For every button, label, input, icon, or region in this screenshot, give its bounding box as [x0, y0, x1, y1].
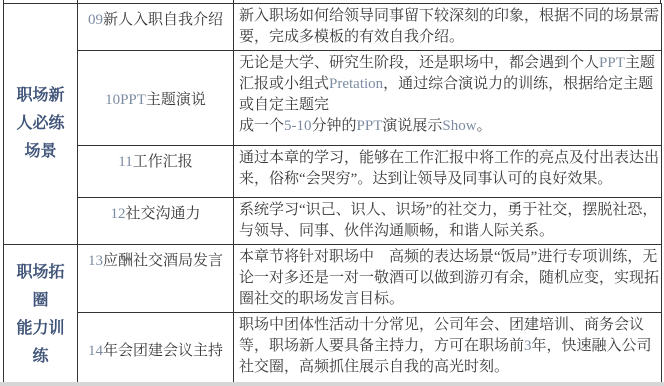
- table-row: 职场新 人必练 场景 09新人入职自我介绍 新入职场如何给领导同事留下较深刻的印…: [4, 4, 662, 51]
- lesson-cell-09: 09新人入职自我介绍: [78, 4, 234, 51]
- table-row: 11工作汇报 通过本章的学习，能够在工作汇报中将工作的亮点及付出表达出来，俗称“…: [4, 146, 662, 198]
- description-cell-09: 新入职场如何给领导同事留下较深刻的印象，根据不同的场景需要，完成多模板的有效自我…: [234, 4, 662, 51]
- course-outline-table: 职场新 人必练 场景 09新人入职自我介绍 新入职场如何给领导同事留下较深刻的印…: [3, 3, 662, 386]
- table-row: 14年会团建会议主持 职场中团体性活动十分常见，公司年会、团建培训、商务会议等，…: [4, 313, 662, 386]
- description-cell-11: 通过本章的学习，能够在工作汇报中将工作的亮点及付出表达出来，俗称“会哭穷”。达到…: [234, 146, 662, 198]
- category-cell-newcomer-scenes: 职场新 人必练 场景: [4, 4, 78, 245]
- category-cell-circle-expanding: 职场拓 圈 能力训 练: [4, 245, 78, 386]
- description-cell-10: 无论是大学、研究生阶段，还是职场中，都会遇到个人PPT主题汇报或小组式Preta…: [234, 51, 662, 146]
- lesson-cell-10: 10PPT主题演说: [78, 51, 234, 146]
- table-row: 职场拓 圈 能力训 练 13应酬社交酒局发言 本章节将针对职场中 高频的表达场景…: [4, 245, 662, 313]
- page-edge-strip: [0, 382, 664, 386]
- description-cell-13: 本章节将针对职场中 高频的表达场景“饭局”进行专项训练，无论一对多还是一对一敬酒…: [234, 245, 662, 313]
- table-row: 12社交沟通力 系统学习“识己、识人、识场”的社交力，勇于社交，摆脱社恐，与领导…: [4, 198, 662, 245]
- lesson-cell-12: 12社交沟通力: [78, 198, 234, 245]
- lesson-cell-13: 13应酬社交酒局发言: [78, 245, 234, 313]
- lesson-cell-14: 14年会团建会议主持: [78, 313, 234, 386]
- course-outline-table-wrap: 职场新 人必练 场景 09新人入职自我介绍 新入职场如何给领导同事留下较深刻的印…: [3, 3, 662, 386]
- description-cell-14: 职场中团体性活动十分常见，公司年会、团建培训、商务会议等，职场新人要具备主持力，…: [234, 313, 662, 386]
- table-row: 10PPT主题演说 无论是大学、研究生阶段，还是职场中，都会遇到个人PPT主题汇…: [4, 51, 662, 146]
- lesson-cell-11: 11工作汇报: [78, 146, 234, 198]
- description-cell-12: 系统学习“识己、识人、识场”的社交力，勇于社交，摆脱社恐，与领导、同事、伙伴沟通…: [234, 198, 662, 245]
